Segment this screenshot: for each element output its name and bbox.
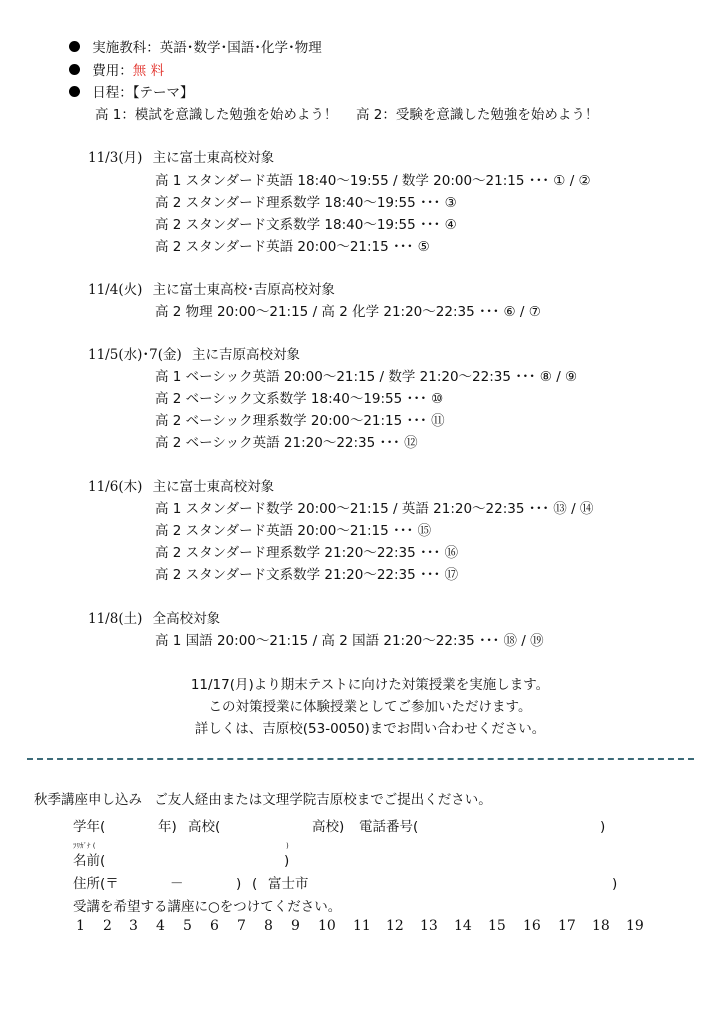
grade-suffix: 年) xyxy=(158,818,177,836)
address-close: ) xyxy=(236,875,241,893)
address-field[interactable] xyxy=(320,875,605,893)
schedule-item: 高 2 ベーシック理系数学 20:00～21:15 ･･･ ⑪ xyxy=(155,412,445,430)
course-number-13[interactable]: 13 xyxy=(420,917,438,935)
city-close: ) xyxy=(612,875,617,893)
address-label: 住所(〒 xyxy=(73,875,119,893)
course-number-1[interactable]: 1 xyxy=(76,917,85,935)
schedule-item: 高 1 ベーシック英語 20:00～21:15 / 数学 21:20～22:35… xyxy=(155,368,577,386)
course-number-12[interactable]: 12 xyxy=(386,917,404,935)
name-field[interactable] xyxy=(112,852,282,870)
furigana-field[interactable] xyxy=(105,840,275,850)
course-number-6[interactable]: 6 xyxy=(210,917,219,935)
notice-line: 11/17(月)より期末テストに向けた対策授業を実施します。 xyxy=(0,676,724,694)
cut-line-divider xyxy=(27,758,694,760)
name-suffix: ) xyxy=(284,852,289,870)
schedule-date-row: 11/6(木) 主に富士東高校対象 xyxy=(88,478,274,496)
schedule-item: 高 1 スタンダード英語 18:40～19:55 / 数学 20:00～21:1… xyxy=(155,172,591,190)
bullet-label: 日程： xyxy=(92,85,133,101)
city-name: 富士市 xyxy=(268,875,309,893)
schedule-date-row: 11/3(月) 主に富士東高校対象 xyxy=(88,149,274,167)
schedule-target: 主に富士東高校･吉原高校対象 xyxy=(153,282,335,298)
schedule-item: 高 1 スタンダード数学 20:00～21:15 / 英語 21:20～22:3… xyxy=(155,500,593,518)
course-number-2[interactable]: 2 xyxy=(103,917,112,935)
theme-k1: 高 1：模試を意識した勉強を始めよう！ xyxy=(95,106,337,124)
schedule-date-row: 11/4(火) 主に富士東高校･吉原高校対象 xyxy=(88,281,335,299)
schedule-item: 高 1 国語 20:00～21:15 / 高 2 国語 21:20～22:35 … xyxy=(155,632,544,650)
furigana-suffix: ) xyxy=(286,842,289,850)
school-label: 高校( xyxy=(188,818,220,836)
schedule-item: 高 2 ベーシック英語 21:20～22:35 ･･･ ⑫ xyxy=(155,434,418,452)
fee-free-value: 無 料 xyxy=(133,63,164,79)
school-field[interactable] xyxy=(230,818,310,836)
bullet-label: 実施教科： xyxy=(92,40,160,56)
bullet-value: 【テーマ】 xyxy=(133,85,194,101)
form-instruction: ご友人経由または文理学院吉原校までご提出ください。 xyxy=(154,792,492,808)
phone-label: 電話番号( xyxy=(359,818,418,836)
schedule-target: 主に富士東高校対象 xyxy=(153,479,275,495)
postal-code-first-field[interactable] xyxy=(132,875,162,893)
course-number-5[interactable]: 5 xyxy=(183,917,192,935)
course-number-10[interactable]: 10 xyxy=(318,917,336,935)
course-number-9[interactable]: 9 xyxy=(291,917,300,935)
course-number-17[interactable]: 17 xyxy=(558,917,576,935)
name-label: 名前( xyxy=(73,852,105,870)
schedule-item: 高 2 物理 20:00～21:15 / 高 2 化学 21:20～22:35 … xyxy=(155,303,541,321)
schedule-date-row: 11/5(水)･7(金) 主に吉原高校対象 xyxy=(88,346,300,364)
schedule-item: 高 2 スタンダード英語 20:00～21:15 ･･･ ⑮ xyxy=(155,522,431,540)
bullet-value: 英語･数学･国語･化学･物理 xyxy=(160,40,322,56)
schedule-date: 11/8(土) xyxy=(88,611,142,627)
course-number-19[interactable]: 19 xyxy=(626,917,644,935)
phone-field[interactable] xyxy=(430,818,595,836)
form-title: 秋季講座申し込み xyxy=(34,792,142,808)
course-number-7[interactable]: 7 xyxy=(237,917,246,935)
schedule-date-row: 11/8(土) 全高校対象 xyxy=(88,610,220,628)
schedule-item: 高 2 スタンダード文系数学 21:20～22:35 ･･･ ⑰ xyxy=(155,566,458,584)
schedule-item: 高 2 スタンダード理系数学 21:20～22:35 ･･･ ⑯ xyxy=(155,544,458,562)
postal-code-second-field[interactable] xyxy=(188,875,230,893)
phone-suffix: ) xyxy=(600,818,605,836)
course-number-8[interactable]: 8 xyxy=(264,917,273,935)
form-header: 秋季講座申し込み ご友人経由または文理学院吉原校までご提出ください。 xyxy=(34,791,492,809)
course-number-11[interactable]: 11 xyxy=(353,917,371,935)
schedule-date: 11/6(木) xyxy=(88,479,142,495)
schedule-item: 高 2 スタンダード文系数学 18:40～19:55 ･･･ ④ xyxy=(155,216,457,234)
course-number-18[interactable]: 18 xyxy=(592,917,610,935)
city-open: ( xyxy=(252,875,257,893)
bullet-icon xyxy=(69,64,80,75)
schedule-item: 高 2 ベーシック文系数学 18:40～19:55 ･･･ ⑩ xyxy=(155,390,443,408)
course-choice-prompt: 受講を希望する講座に○をつけてください。 xyxy=(73,898,341,916)
theme-k2: 高 2：受験を意識した勉強を始めよう！ xyxy=(356,106,598,124)
bullet-label: 費用： xyxy=(92,63,133,79)
bullet-subjects: 実施教科：英語･数学･国語･化学･物理 xyxy=(69,39,322,57)
notice-line: 詳しくは、吉原校(53-0050)までお問い合わせください。 xyxy=(0,720,724,738)
schedule-date: 11/5(水)･7(金) xyxy=(88,347,182,363)
schedule-date: 11/4(火) xyxy=(88,282,142,298)
notice-line: この対策授業に体験授業としてご参加いただけます。 xyxy=(0,698,724,716)
furigana-label: ﾌﾘｶﾞﾅ ( xyxy=(73,842,95,850)
course-number-14[interactable]: 14 xyxy=(454,917,472,935)
postal-dash: － xyxy=(170,875,184,893)
grade-label: 学年( xyxy=(73,818,105,836)
schedule-date: 11/3(月) xyxy=(88,150,142,166)
school-suffix: 高校) xyxy=(312,818,344,836)
bullet-icon xyxy=(69,41,80,52)
course-number-15[interactable]: 15 xyxy=(488,917,506,935)
schedule-item: 高 2 スタンダード英語 20:00～21:15 ･･･ ⑤ xyxy=(155,238,430,256)
course-number-16[interactable]: 16 xyxy=(523,917,541,935)
schedule-target: 主に吉原高校対象 xyxy=(192,347,300,363)
bullet-fee: 費用：無 料 xyxy=(69,62,164,80)
bullet-schedule: 日程：【テーマ】 xyxy=(69,84,194,102)
course-number-4[interactable]: 4 xyxy=(156,917,165,935)
bullet-icon xyxy=(69,86,80,97)
schedule-item: 高 2 スタンダード理系数学 18:40～19:55 ･･･ ③ xyxy=(155,194,457,212)
schedule-target: 主に富士東高校対象 xyxy=(153,150,275,166)
course-number-3[interactable]: 3 xyxy=(129,917,138,935)
grade-field[interactable] xyxy=(106,818,156,836)
schedule-target: 全高校対象 xyxy=(153,611,221,627)
